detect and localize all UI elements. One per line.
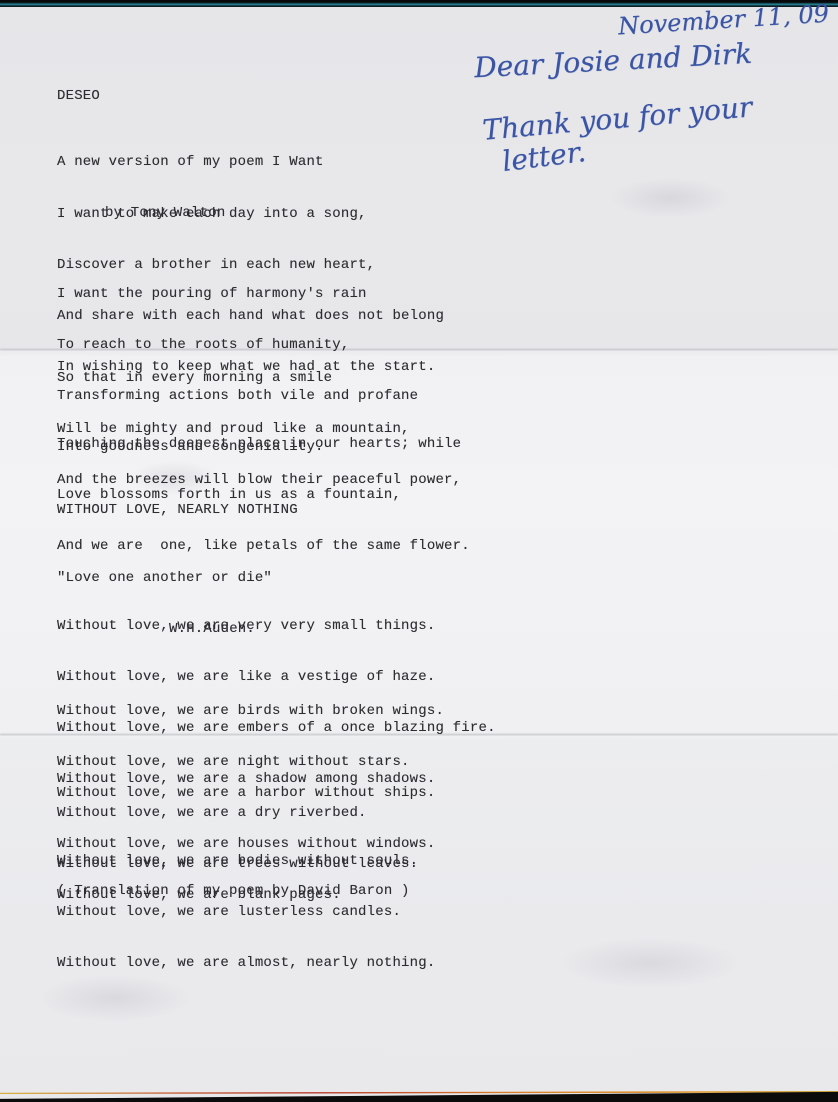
scanned-letter-page: November 11, 09 Dear Josie and Dirk Than… bbox=[0, 0, 838, 1102]
poem-line: Without love, we are a harbor without sh… bbox=[57, 785, 435, 802]
translation-note: ( Translation of my poem by David Baron … bbox=[57, 883, 410, 900]
poem-line: Without love, we are very very small thi… bbox=[57, 618, 496, 635]
handwritten-salutation: Dear Josie and Dirk bbox=[473, 37, 753, 85]
poem1-title: DESEO bbox=[57, 88, 100, 105]
poem-line: Without love, we are bodies without soul… bbox=[57, 853, 435, 870]
paper-smudge bbox=[610, 178, 730, 218]
poem-line: I want the pouring of harmony's rain bbox=[57, 286, 418, 303]
paper-smudge bbox=[560, 938, 740, 988]
poem2-title: WITHOUT LOVE, NEARLY NOTHING bbox=[57, 502, 298, 519]
poem-line: So that in every morning a smile bbox=[57, 370, 461, 387]
poem-line: Without love, we are lusterless candles. bbox=[57, 904, 435, 921]
poem-line: Touching the deepest place in our hearts… bbox=[57, 436, 470, 453]
poem-line: I want to make each day into a song, bbox=[57, 206, 444, 223]
poem-line: Without love, we are birds with broken w… bbox=[57, 703, 444, 720]
handwritten-message-line1: Thank you for your bbox=[481, 90, 753, 146]
poem-line: Without love, we are almost, nearly noth… bbox=[57, 955, 435, 972]
poem1-subtitle: A new version of my poem I Want bbox=[57, 154, 324, 171]
poem2-stanza-4: Without love, we are bodies without soul… bbox=[57, 819, 435, 1006]
